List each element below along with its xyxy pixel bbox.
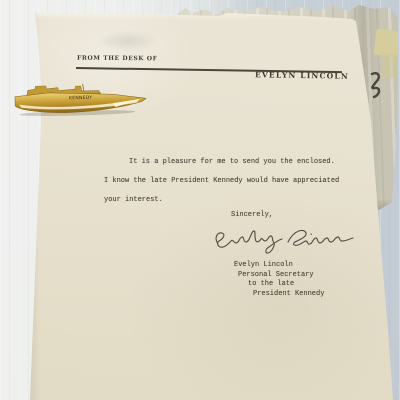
signature-block-line: to the late (248, 280, 294, 288)
body-line: I know the late President Kennedy would … (104, 177, 339, 185)
gold-pt-boat-pin: KENNEDY (13, 80, 152, 118)
paper-smudge (98, 31, 158, 51)
closing-sincerely: Sincerely, (231, 211, 273, 219)
body-line: It is a pleasure for me to send you the … (129, 158, 335, 166)
signature-block-line: Evelyn Lincoln (234, 261, 293, 269)
envelope-ink-mark (366, 70, 386, 102)
letter-photo: FROM THE DESK OF EVELYN LINCOLN It is a … (0, 0, 400, 400)
signature-block-line: President Kennedy (253, 290, 324, 298)
pin-engraving: KENNEDY (69, 95, 93, 102)
handwritten-signature (210, 222, 358, 262)
letterhead-name: EVELYN LINCOLN (255, 71, 349, 80)
pin-mast (83, 84, 84, 91)
letterhead-from-desk-of: FROM THE DESK OF (77, 56, 158, 63)
body-line: your interest. (104, 196, 163, 204)
signature-block-line: Personal Secretary (238, 271, 314, 279)
